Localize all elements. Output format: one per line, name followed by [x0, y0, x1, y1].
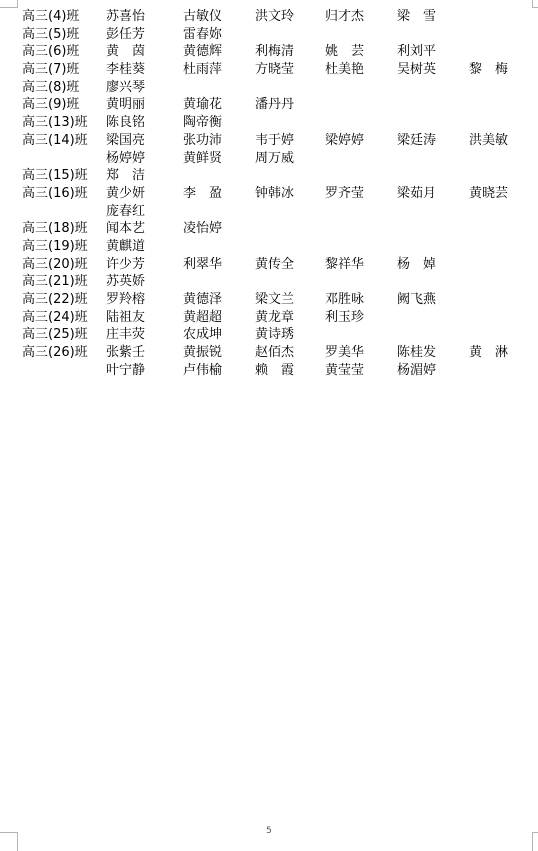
- student-name: 农成坤: [183, 326, 222, 344]
- class-label: 高三(5)班: [22, 26, 79, 44]
- class-label: 高三(6)班: [22, 43, 79, 61]
- document-page: 高三(4)班苏喜怡古敏仪洪文玲归才杰梁 雪高三(5)班彭任芳雷春妳高三(6)班黄…: [0, 0, 538, 851]
- student-name: 陶帝衡: [183, 114, 222, 132]
- student-name: 潘丹丹: [255, 96, 294, 114]
- student-name: 叶宁静: [106, 362, 145, 380]
- student-name: 邓胜咏: [325, 291, 364, 309]
- student-name: 李桂葵: [106, 61, 145, 79]
- student-name: 黄瑜花: [183, 96, 222, 114]
- student-name: 赵佰杰: [255, 344, 294, 362]
- student-name: 韦于婷: [255, 132, 294, 150]
- student-name: 钟韩冰: [255, 185, 294, 203]
- student-name: 闻本艺: [106, 220, 145, 238]
- class-label: 高三(14)班: [22, 132, 88, 150]
- student-name: 黎祥华: [325, 256, 364, 274]
- student-name: 彭任芳: [106, 26, 145, 44]
- student-name: 方晓莹: [255, 61, 294, 79]
- student-name: 阙飞燕: [397, 291, 436, 309]
- student-name: 杨湄婷: [397, 362, 436, 380]
- student-name: 梁文兰: [255, 291, 294, 309]
- student-name: 洪文玲: [255, 8, 294, 26]
- student-name: 廖兴琴: [106, 79, 145, 97]
- student-name: 陈桂发: [397, 344, 436, 362]
- student-name: 黄德泽: [183, 291, 222, 309]
- student-name: 凌怡婷: [183, 220, 222, 238]
- student-name: 梁国亮: [106, 132, 145, 150]
- class-label: 高三(16)班: [22, 185, 88, 203]
- student-name: 郑 洁: [106, 167, 145, 185]
- student-name: 黄明丽: [106, 96, 145, 114]
- student-name: 卢伟榆: [183, 362, 222, 380]
- student-name: 洪美敏: [469, 132, 508, 150]
- student-name: 陆祖友: [106, 309, 145, 327]
- student-name: 利刘平: [397, 43, 436, 61]
- class-label: 高三(18)班: [22, 220, 88, 238]
- student-name: 黄 茵: [106, 43, 145, 61]
- class-label: 高三(24)班: [22, 309, 88, 327]
- class-label: 高三(9)班: [22, 96, 79, 114]
- student-name: 罗羚榕: [106, 291, 145, 309]
- student-name: 杨 婥: [397, 256, 436, 274]
- student-name: 黄 淋: [469, 344, 508, 362]
- class-label: 高三(26)班: [22, 344, 88, 362]
- student-name: 黄龙章: [255, 309, 294, 327]
- student-name: 张功沛: [183, 132, 222, 150]
- student-name: 黎 梅: [469, 61, 508, 79]
- student-name: 周万威: [255, 150, 294, 168]
- student-name: 李 盈: [183, 185, 222, 203]
- student-name: 黄莹莹: [325, 362, 364, 380]
- student-name: 黄诗琇: [255, 326, 294, 344]
- student-name: 黄麒道: [106, 238, 145, 256]
- student-name: 杨婷婷: [106, 150, 145, 168]
- class-label: 高三(13)班: [22, 114, 88, 132]
- class-label: 高三(8)班: [22, 79, 79, 97]
- student-name: 杜雨萍: [183, 61, 222, 79]
- student-name: 归才杰: [325, 8, 364, 26]
- student-name: 古敏仪: [183, 8, 222, 26]
- student-name: 梁茹月: [397, 185, 436, 203]
- student-name: 梁廷涛: [397, 132, 436, 150]
- student-name: 姚 芸: [325, 43, 364, 61]
- class-label: 高三(21)班: [22, 273, 88, 291]
- student-name: 庞春红: [106, 203, 145, 221]
- class-label: 高三(25)班: [22, 326, 88, 344]
- student-name: 利梅清: [255, 43, 294, 61]
- student-name: 陈良铭: [106, 114, 145, 132]
- student-name: 黄鲜贤: [183, 150, 222, 168]
- student-name: 梁 雪: [397, 8, 436, 26]
- student-name: 黄振锐: [183, 344, 222, 362]
- student-name: 罗齐莹: [325, 185, 364, 203]
- student-name: 庄丰荧: [106, 326, 145, 344]
- student-name: 黄少妍: [106, 185, 145, 203]
- class-label: 高三(15)班: [22, 167, 88, 185]
- student-name: 利翠华: [183, 256, 222, 274]
- class-label: 高三(22)班: [22, 291, 88, 309]
- student-name: 张紫壬: [106, 344, 145, 362]
- student-name: 吴树英: [397, 61, 436, 79]
- student-name: 苏喜怡: [106, 8, 145, 26]
- student-name: 黄传全: [255, 256, 294, 274]
- student-name: 苏英娇: [106, 273, 145, 291]
- student-name: 利玉珍: [325, 309, 364, 327]
- margin-corner-top-left: [0, 0, 18, 8]
- student-name: 梁婷婷: [325, 132, 364, 150]
- page-number: 5: [0, 826, 538, 836]
- margin-corner-top-right: [532, 0, 538, 8]
- student-name: 黄德辉: [183, 43, 222, 61]
- student-name: 赖 霞: [255, 362, 294, 380]
- student-name: 杜美艳: [325, 61, 364, 79]
- student-name: 许少芳: [106, 256, 145, 274]
- student-name: 雷春妳: [183, 26, 222, 44]
- student-name: 黄超超: [183, 309, 222, 327]
- class-label: 高三(19)班: [22, 238, 88, 256]
- class-label: 高三(7)班: [22, 61, 79, 79]
- student-name: 罗美华: [325, 344, 364, 362]
- class-label: 高三(20)班: [22, 256, 88, 274]
- student-name: 黄晓芸: [469, 185, 508, 203]
- class-label: 高三(4)班: [22, 8, 79, 26]
